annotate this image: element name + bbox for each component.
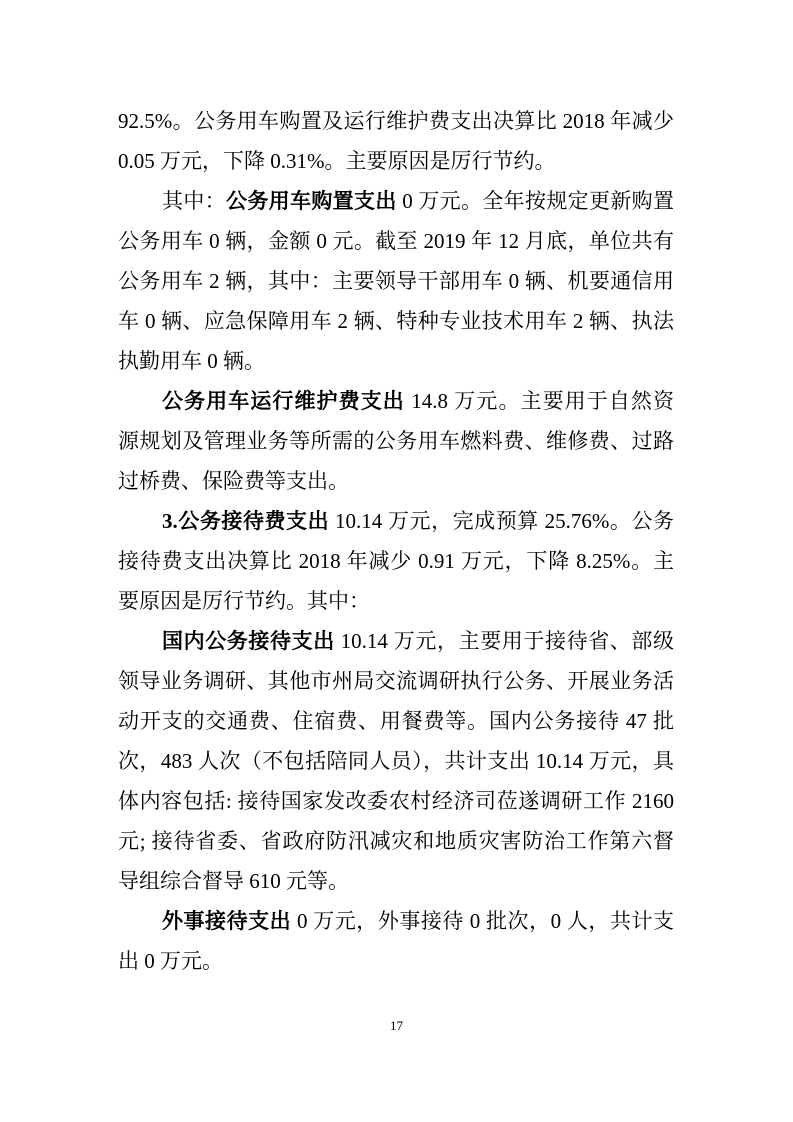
bold-text-run: 国内公务接待支出 [162,629,335,653]
text-line: 要原因是厉行节约。其中： [118,581,674,621]
page-number: 17 [0,1018,793,1034]
text-run: 次，483 人次（不包括陪同人员），共计支出 10.14 万元，具 [118,749,674,773]
text-run: 其中： [162,189,226,213]
text-run: 0 万元，外事接待 0 批次，0 人，共计支 [291,909,674,933]
text-line: 3.公务接待费支出 10.14 万元，完成预算 25.76%。公务 [118,501,674,541]
text-run: 92.5%。公务用车购置及运行维护费支出决算比 2018 年减少 [118,109,674,133]
text-run: 公务用车 2 辆，其中：主要领导干部用车 0 辆、机要通信用 [118,269,674,293]
bold-text-run: 公务用车运行维护费支出 [162,389,405,413]
text-line: 源规划及管理业务等所需的公务用车燃料费、维修费、过路 [118,421,674,461]
bold-text-run: 3.公务接待费支出 [162,509,329,533]
document-page: 92.5%。公务用车购置及运行维护费支出决算比 2018 年减少0.05 万元，… [0,0,793,1122]
text-run: 接待费支出决算比 2018 年减少 0.91 万元，下降 8.25%。主 [118,549,674,573]
text-run: 体内容包括: 接待国家发改委农村经济司莅遂调研工作 2160 [118,789,674,813]
text-line: 体内容包括: 接待国家发改委农村经济司莅遂调研工作 2160 [118,781,674,821]
text-line: 公务用车 2 辆，其中：主要领导干部用车 0 辆、机要通信用 [118,261,674,301]
text-run: 过桥费、保险费等支出。 [118,469,349,493]
text-line: 次，483 人次（不包括陪同人员），共计支出 10.14 万元，具 [118,741,674,781]
text-run: 0 万元。全年按规定更新购置 [397,189,674,213]
text-run: 公务用车 0 辆，金额 0 元。截至 2019 年 12 月底，单位共有 [118,229,674,253]
text-line: 执勤用车 0 辆。 [118,341,674,381]
text-line: 元; 接待省委、省政府防汛减灾和地质灾害防治工作第六督 [118,821,674,861]
text-run: 车 0 辆、应急保障用车 2 辆、特种专业技术用车 2 辆、执法 [118,309,674,333]
text-line: 过桥费、保险费等支出。 [118,461,674,501]
text-run: 元; 接待省委、省政府防汛减灾和地质灾害防治工作第六督 [118,829,674,853]
text-run: 10.14 万元，主要用于接待省、部级 [335,629,674,653]
bold-text-run: 外事接待支出 [162,909,291,933]
text-run: 导组综合督导 610 元等。 [118,869,349,893]
text-run: 执勤用车 0 辆。 [118,349,265,373]
text-line: 导组综合督导 610 元等。 [118,861,674,901]
text-run: 0.05 万元，下降 0.31%。主要原因是厉行节约。 [118,149,556,173]
text-run: 14.8 万元。主要用于自然资 [405,389,674,413]
text-line: 出 0 万元。 [118,941,674,981]
text-run: 10.14 万元，完成预算 25.76%。公务 [329,509,674,533]
document-body: 92.5%。公务用车购置及运行维护费支出决算比 2018 年减少0.05 万元，… [118,101,674,981]
text-line: 领导业务调研、其他市州局交流调研执行公务、开展业务活 [118,661,674,701]
text-line: 公务用车运行维护费支出 14.8 万元。主要用于自然资 [118,381,674,421]
text-line: 其中：公务用车购置支出 0 万元。全年按规定更新购置 [118,181,674,221]
text-line: 车 0 辆、应急保障用车 2 辆、特种专业技术用车 2 辆、执法 [118,301,674,341]
text-line: 公务用车 0 辆，金额 0 元。截至 2019 年 12 月底，单位共有 [118,221,674,261]
text-line: 外事接待支出 0 万元，外事接待 0 批次，0 人，共计支 [118,901,674,941]
text-run: 要原因是厉行节约。其中： [118,589,370,613]
text-line: 国内公务接待支出 10.14 万元，主要用于接待省、部级 [118,621,674,661]
text-line: 接待费支出决算比 2018 年减少 0.91 万元，下降 8.25%。主 [118,541,674,581]
text-line: 动开支的交通费、住宿费、用餐费等。国内公务接待 47 批 [118,701,674,741]
text-run: 领导业务调研、其他市州局交流调研执行公务、开展业务活 [118,669,674,693]
text-run: 动开支的交通费、住宿费、用餐费等。国内公务接待 47 批 [118,709,674,733]
bold-text-run: 公务用车购置支出 [226,189,397,213]
text-line: 0.05 万元，下降 0.31%。主要原因是厉行节约。 [118,141,674,181]
text-run: 源规划及管理业务等所需的公务用车燃料费、维修费、过路 [118,429,674,453]
text-run: 出 0 万元。 [118,949,223,973]
text-line: 92.5%。公务用车购置及运行维护费支出决算比 2018 年减少 [118,101,674,141]
